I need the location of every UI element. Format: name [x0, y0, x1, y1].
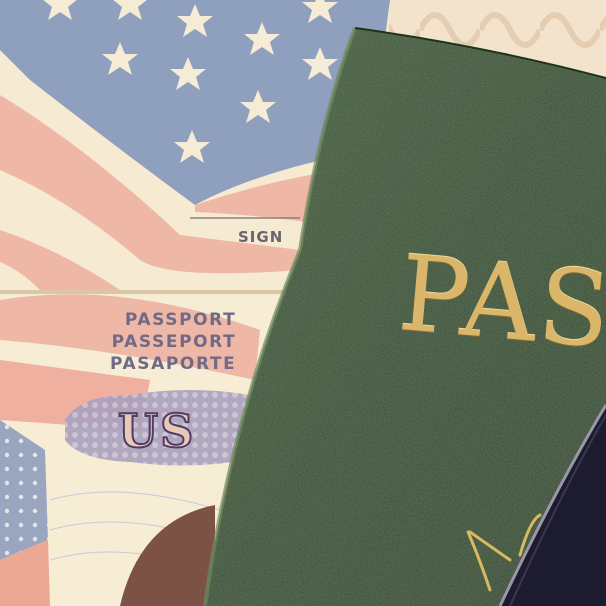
navy-passport-corner — [0, 0, 606, 606]
passport-photo: SIGN PASSPORT PASSEPORT PASAPORTE US — [0, 0, 606, 606]
